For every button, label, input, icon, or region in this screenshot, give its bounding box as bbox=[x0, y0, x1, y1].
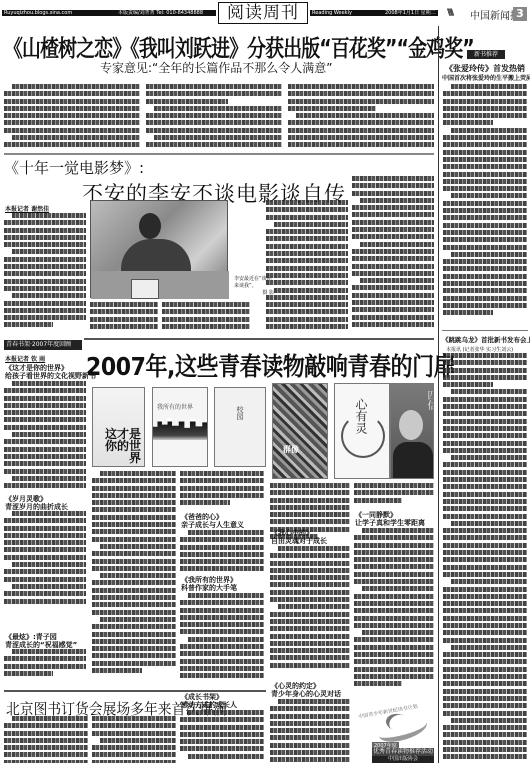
review-col-5b bbox=[354, 528, 434, 698]
review-col-5a bbox=[354, 483, 434, 508]
lee-article-col-2 bbox=[90, 302, 158, 334]
lee-article-col-3 bbox=[162, 302, 250, 334]
lee-article-col-5 bbox=[352, 176, 434, 333]
book-cover-2: 我所有的世界 bbox=[152, 387, 208, 467]
sidebar-divider-h bbox=[442, 330, 528, 331]
review-col-4c bbox=[270, 699, 350, 763]
masthead-website: Ruyuqizhou.blogs.sina.com bbox=[4, 9, 72, 17]
book-cover-6-suit bbox=[393, 442, 433, 479]
review-col-1b bbox=[4, 511, 86, 606]
review-col-3c bbox=[180, 593, 264, 687]
review-byline: 本报记者 钦 雨 bbox=[5, 354, 45, 363]
decorative-slashes-icon: \\\\\ bbox=[447, 8, 452, 18]
sidebar-article-2 bbox=[443, 353, 527, 763]
sidebar-second-byline: 本报讯 (记者张华 实习生刘云) bbox=[446, 346, 513, 353]
book-cover-6-face bbox=[399, 410, 423, 440]
masthead-editor-info: 本版责编/刘菁菁 Tel: 010-84348888 bbox=[118, 9, 203, 17]
review-col-1a bbox=[4, 381, 86, 491]
lead-article-col-2 bbox=[146, 84, 282, 150]
section-title: 阅读周刊 bbox=[218, 2, 308, 24]
book-cover-2-title: 我所有的世界 bbox=[157, 402, 193, 411]
sidebar-article-1 bbox=[443, 84, 527, 326]
sidebar-divider bbox=[438, 26, 439, 763]
subsection-subtitle-8: 青少年身心的心灵对话 bbox=[271, 689, 341, 699]
bottom-col-1 bbox=[4, 716, 88, 763]
sidebar-headline-2: 中国首次将张爱玲的生平搬上荧屏 bbox=[442, 73, 528, 82]
section-title-en: Reading Weekly bbox=[312, 9, 352, 17]
lee-photo bbox=[90, 200, 228, 298]
lee-article-col-4 bbox=[266, 200, 348, 333]
review-col-3b bbox=[180, 530, 264, 578]
subsection-subtitle-6: 自由灵魂对于成长 bbox=[271, 536, 327, 546]
book-cover-3: 校园 bbox=[214, 387, 266, 467]
lee-byline: 本报记者 谢然佳 bbox=[5, 204, 49, 213]
book-cover-1: 这才是你的世界 bbox=[92, 387, 145, 467]
lead-article-col-1 bbox=[4, 84, 140, 150]
book-cover-5-circle-icon bbox=[341, 414, 385, 458]
book-cover-2-skyline bbox=[153, 418, 208, 440]
photo-table bbox=[91, 271, 229, 299]
book-cover-3-title: 校园 bbox=[235, 406, 245, 420]
subsection-subtitle-1: 给孩子看世界的文化视野新书 bbox=[5, 371, 96, 381]
lead-article-col-3 bbox=[288, 84, 434, 150]
book-cover-6-title: 四信 bbox=[423, 390, 434, 410]
subsection-subtitle-7: 让学子真和学生零距离 bbox=[355, 518, 425, 528]
subsection-subtitle-5: 科普作家的大手笔 bbox=[181, 583, 237, 593]
photo-book bbox=[131, 279, 159, 299]
issue-date: 2008年1月1日 星期二 bbox=[385, 9, 436, 17]
section-divider-3 bbox=[4, 690, 266, 692]
review-col-4b bbox=[270, 546, 350, 676]
lead-subhead: 专家意见:“全年的长篇作品不那么令人满意” bbox=[100, 59, 332, 76]
book-cover-4: 群像 bbox=[272, 383, 328, 479]
review-section-tag: 青春书架·2007年度回顾 bbox=[4, 340, 82, 350]
subsection-subtitle-4: 亲子成长与人生意义 bbox=[181, 520, 244, 530]
bottom-col-3 bbox=[180, 710, 264, 763]
review-col-2 bbox=[92, 471, 176, 687]
lee-kicker: 《十年一觉电影梦》: bbox=[4, 157, 144, 178]
review-col-3a bbox=[180, 471, 264, 515]
review-col-1c bbox=[4, 649, 86, 677]
logo-program-name: 优秀青春读物推荐活动 bbox=[372, 748, 434, 756]
bottom-col-2 bbox=[92, 716, 176, 763]
photo-subject-head bbox=[139, 213, 161, 239]
lee-article-col-1 bbox=[4, 213, 86, 333]
reading-program-logo: 中国青少年新世纪读书计划 2007年度 优秀青春读物推荐活动 中国出版协会 bbox=[352, 708, 452, 763]
sidebar-second-headline: 《跳跳乌龙》首批新书发布会上获奖 bbox=[442, 335, 528, 344]
review-headline: 2007年,这些青春读物敲响青春的门扉 bbox=[86, 347, 455, 383]
logo-org: 中国出版协会 bbox=[372, 756, 434, 763]
book-cover-6: 四信 bbox=[390, 383, 434, 479]
book-cover-5: 心有灵 bbox=[334, 383, 390, 479]
book-cover-4-title: 群像 bbox=[283, 444, 299, 455]
book-cover-1-title: 这才是你的世界 bbox=[97, 428, 141, 464]
masthead: Ruyuqizhou.blogs.sina.com 本版责编/刘菁菁 Tel: … bbox=[0, 6, 530, 20]
sidebar-tag: 新书推荐 bbox=[467, 50, 505, 59]
subsection-subtitle-9: 感动方式的成长人 bbox=[181, 700, 237, 710]
section-divider-2 bbox=[84, 338, 434, 340]
section-divider-1 bbox=[4, 153, 434, 155]
page-number: 3 bbox=[513, 7, 527, 21]
